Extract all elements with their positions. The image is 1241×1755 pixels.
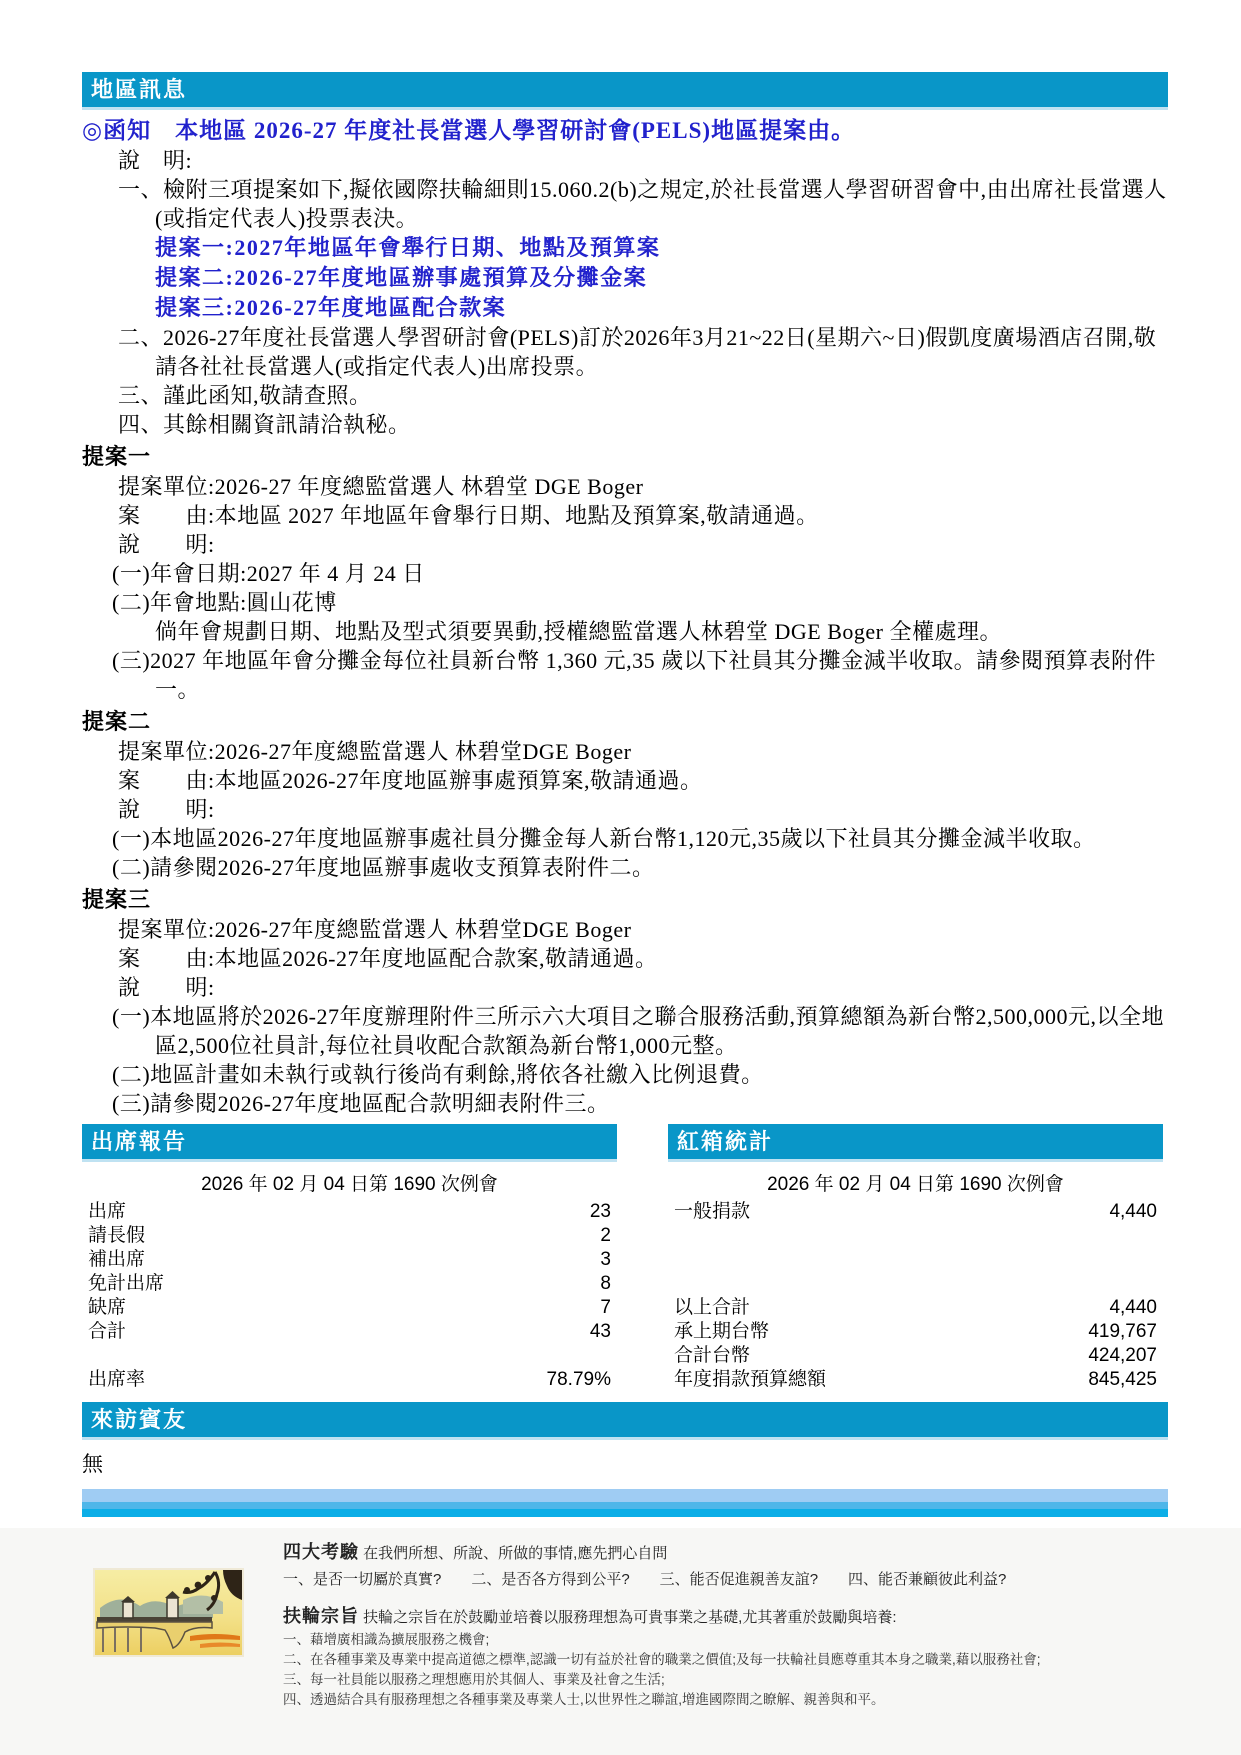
notice-headline: ◎函知 本地區 2026-27 年度社長當選人學習研討會(PELS)地區提案由。 <box>82 116 1168 146</box>
table-row: 缺席7 <box>82 1296 617 1320</box>
four-way-test-subtitle: 在我們所想、所說、所做的事情,應先捫心自問 <box>363 1545 667 1562</box>
attendance-meeting-title: 2026 年 02 月 04 日第 1690 次例會 <box>82 1169 617 1196</box>
rotary-object-subtitle: 扶輪之宗旨在於鼓勵並培養以服務理想為可貴事業之基礎,尤其著重於鼓勵與培養: <box>363 1609 896 1626</box>
explain-label: 說 明: <box>118 146 1168 175</box>
section-bar-attendance: 出席報告 <box>82 1124 617 1159</box>
blue-proposal-3: 提案三:2026-27年度地區配合款案 <box>155 293 1168 323</box>
row-value: 43 <box>590 1320 611 1344</box>
notice-item-4: 四、其餘相關資訊請洽執秘。 <box>155 410 1168 439</box>
row-label: 一般捐款 <box>674 1200 750 1224</box>
table-row <box>668 1248 1163 1272</box>
table-row: 年度捐款預算總額845,425 <box>668 1368 1163 1392</box>
proposal2-detail-2: (二)請參閱2026-27年度地區辦事處收支預算表附件二。 <box>155 853 1168 882</box>
redbox-title: 紅箱統計 <box>677 1129 773 1154</box>
table-row: 免計出席8 <box>82 1272 617 1296</box>
row-value: 23 <box>590 1200 611 1224</box>
divider-stripe-bright <box>82 1509 1168 1517</box>
attendance-title: 出席報告 <box>91 1129 187 1154</box>
section-bar-visitors: 來訪賓友 <box>82 1402 1168 1437</box>
table-row: 補出席3 <box>82 1248 617 1272</box>
visitors-content: 無 <box>82 1450 1168 1479</box>
landscape-painting-graphic <box>95 1570 242 1655</box>
table-row: 一般捐款4,440 <box>668 1200 1163 1224</box>
rotary-object-item-3: 三、每一社員能以服務之理想應用於其個人、事業及社會之生活; <box>283 1670 1163 1690</box>
row-value: 4,440 <box>1109 1200 1157 1224</box>
table-row <box>668 1272 1163 1296</box>
proposal1-detail-2: (二)年會地點:圓山花博 <box>155 588 1168 617</box>
row-value: 8 <box>600 1272 611 1296</box>
proposal2-case: 案 由:本地區2026-27年度地區辦事處預算案,敬請通過。 <box>118 766 1168 795</box>
table-row: 以上合計4,440 <box>668 1296 1163 1320</box>
redbox-stats: 紅箱統計 2026 年 02 月 04 日第 1690 次例會 一般捐款4,44… <box>668 1124 1163 1392</box>
rotary-object-item-4: 四、透過結合具有服務理想之各種事業及專業人士,以世界性之聯誼,增進國際間之瞭解、… <box>283 1690 1163 1710</box>
notice-item-1: 一、檢附三項提案如下,擬依國際扶輪細則15.060.2(b)之規定,於社長當選人… <box>155 175 1168 233</box>
proposal2-header: 提案二 <box>82 706 1168 737</box>
blue-proposal-1: 提案一:2027年地區年會舉行日期、地點及預算案 <box>155 233 1168 263</box>
row-label: 合計台幣 <box>674 1344 750 1368</box>
proposal3-case: 案 由:本地區2026-27年度地區配合款案,敬請通過。 <box>118 944 1168 973</box>
row-value: 4,440 <box>1109 1296 1157 1320</box>
row-label: 請長假 <box>88 1224 145 1248</box>
row-value: 78.79% <box>547 1368 611 1392</box>
table-row <box>82 1344 617 1368</box>
table-row: 承上期台幣419,767 <box>668 1320 1163 1344</box>
proposal3-unit: 提案單位:2026-27年度總監當選人 林碧堂DGE Boger <box>118 915 1168 944</box>
rotary-object-title: 扶輪宗旨 <box>283 1606 359 1626</box>
proposal2-explain-label: 說 明: <box>118 795 1168 824</box>
row-label: 出席 <box>88 1200 126 1224</box>
row-value: 2 <box>600 1224 611 1248</box>
page-content: 地區訊息 ◎函知 本地區 2026-27 年度社長當選人學習研討會(PELS)地… <box>82 72 1168 1517</box>
footer-gap <box>283 1592 1163 1604</box>
proposal1-case: 案 由:本地區 2027 年地區年會舉行日期、地點及預算案,敬請通過。 <box>118 501 1168 530</box>
proposal1-header: 提案一 <box>82 441 1168 472</box>
footer-text-block: 四大考驗 在我們所想、所說、所做的事情,應先捫心自問 一、是否一切屬於真實? 二… <box>283 1540 1163 1710</box>
row-value: 3 <box>600 1248 611 1272</box>
proposal2-detail-1: (一)本地區2026-27年度地區辦事處社員分攤金每人新台幣1,120元,35歲… <box>155 824 1168 853</box>
gradient-divider <box>82 1489 1168 1517</box>
section-bar-district-news: 地區訊息 <box>82 72 1168 107</box>
row-label: 出席率 <box>88 1368 145 1392</box>
attendance-report: 出席報告 2026 年 02 月 04 日第 1690 次例會 出席23 請長假… <box>82 1124 617 1392</box>
proposal3-detail-2: (二)地區計畫如未執行或執行後尚有剩餘,將依各社繳入比例退費。 <box>155 1060 1168 1089</box>
footer-panel: 四大考驗 在我們所想、所說、所做的事情,應先捫心自問 一、是否一切屬於真實? 二… <box>0 1528 1241 1755</box>
proposal3-detail-1: (一)本地區將於2026-27年度辦理附件三所示六大項目之聯合服務活動,預算總額… <box>155 1002 1168 1060</box>
proposal1-detail-3: (三)2027 年地區年會分攤金每位社員新台幣 1,360 元,35 歲以下社員… <box>155 646 1168 704</box>
bulletin-page: 地區訊息 ◎函知 本地區 2026-27 年度社長當選人學習研討會(PELS)地… <box>0 0 1241 1755</box>
section-bar-redbox: 紅箱統計 <box>668 1124 1163 1159</box>
blue-proposal-2: 提案二:2026-27年度地區辦事處預算及分攤金案 <box>155 263 1168 293</box>
table-row: 出席23 <box>82 1200 617 1224</box>
rotary-object-item-1: 一、藉增廣相識為擴展服務之機會; <box>283 1630 1163 1650</box>
row-value: 424,207 <box>1088 1344 1157 1368</box>
table-row <box>668 1224 1163 1248</box>
row-value: 845,425 <box>1088 1368 1157 1392</box>
table-row: 合計43 <box>82 1320 617 1344</box>
section-title: 地區訊息 <box>91 77 187 102</box>
row-label: 缺席 <box>88 1296 126 1320</box>
proposal2-unit: 提案單位:2026-27年度總監當選人 林碧堂DGE Boger <box>118 737 1168 766</box>
row-label: 以上合計 <box>674 1296 750 1320</box>
row-label: 合計 <box>88 1320 126 1344</box>
table-row: 合計台幣424,207 <box>668 1344 1163 1368</box>
four-way-test-title: 四大考驗 <box>283 1542 359 1562</box>
proposal1-detail-2b: 倘年會規劃日期、地點及型式須要異動,授權總監當選人林碧堂 DGE Boger 全… <box>155 617 1168 646</box>
proposal1-detail-1: (一)年會日期:2027 年 4 月 24 日 <box>155 559 1168 588</box>
redbox-meeting-title: 2026 年 02 月 04 日第 1690 次例會 <box>668 1169 1163 1196</box>
proposal3-detail-3: (三)請參閱2026-27年度地區配合款明細表附件三。 <box>155 1089 1168 1118</box>
table-row: 請長假2 <box>82 1224 617 1248</box>
proposal3-header: 提案三 <box>82 884 1168 915</box>
rotary-landscape-painting <box>95 1570 242 1655</box>
proposal1-explain-label: 說 明: <box>118 530 1168 559</box>
four-way-test-items: 一、是否一切屬於真實? 二、是否各方得到公平? 三、能否促進親善友誼? 四、能否… <box>283 1568 1163 1592</box>
stats-tables: 出席報告 2026 年 02 月 04 日第 1690 次例會 出席23 請長假… <box>82 1124 1168 1392</box>
divider-stripe-mid <box>82 1502 1168 1509</box>
row-label: 承上期台幣 <box>674 1320 769 1344</box>
proposal3-explain-label: 說 明: <box>118 973 1168 1002</box>
table-row: 出席率78.79% <box>82 1368 617 1392</box>
notice-item-3: 三、謹此函知,敬請查照。 <box>155 381 1168 410</box>
row-label: 補出席 <box>88 1248 145 1272</box>
visitors-title: 來訪賓友 <box>91 1407 187 1432</box>
four-way-test-line: 四大考驗 在我們所想、所說、所做的事情,應先捫心自問 <box>283 1540 1163 1566</box>
rotary-object-item-2: 二、在各種事業及專業中提高道德之標準,認識一切有益於社會的職業之價值;及每一扶輪… <box>283 1650 1163 1670</box>
proposal1-unit: 提案單位:2026-27 年度總監當選人 林碧堂 DGE Boger <box>118 472 1168 501</box>
divider-stripe-light <box>82 1489 1168 1502</box>
row-label: 免計出席 <box>88 1272 164 1296</box>
row-value: 419,767 <box>1088 1320 1157 1344</box>
row-value: 7 <box>600 1296 611 1320</box>
notice-item-2: 二、2026-27年度社長當選人學習研討會(PELS)訂於2026年3月21~2… <box>155 323 1168 381</box>
row-label: 年度捐款預算總額 <box>674 1368 826 1392</box>
rotary-object-line: 扶輪宗旨 扶輪之宗旨在於鼓勵並培養以服務理想為可貴事業之基礎,尤其著重於鼓勵與培… <box>283 1604 1163 1630</box>
